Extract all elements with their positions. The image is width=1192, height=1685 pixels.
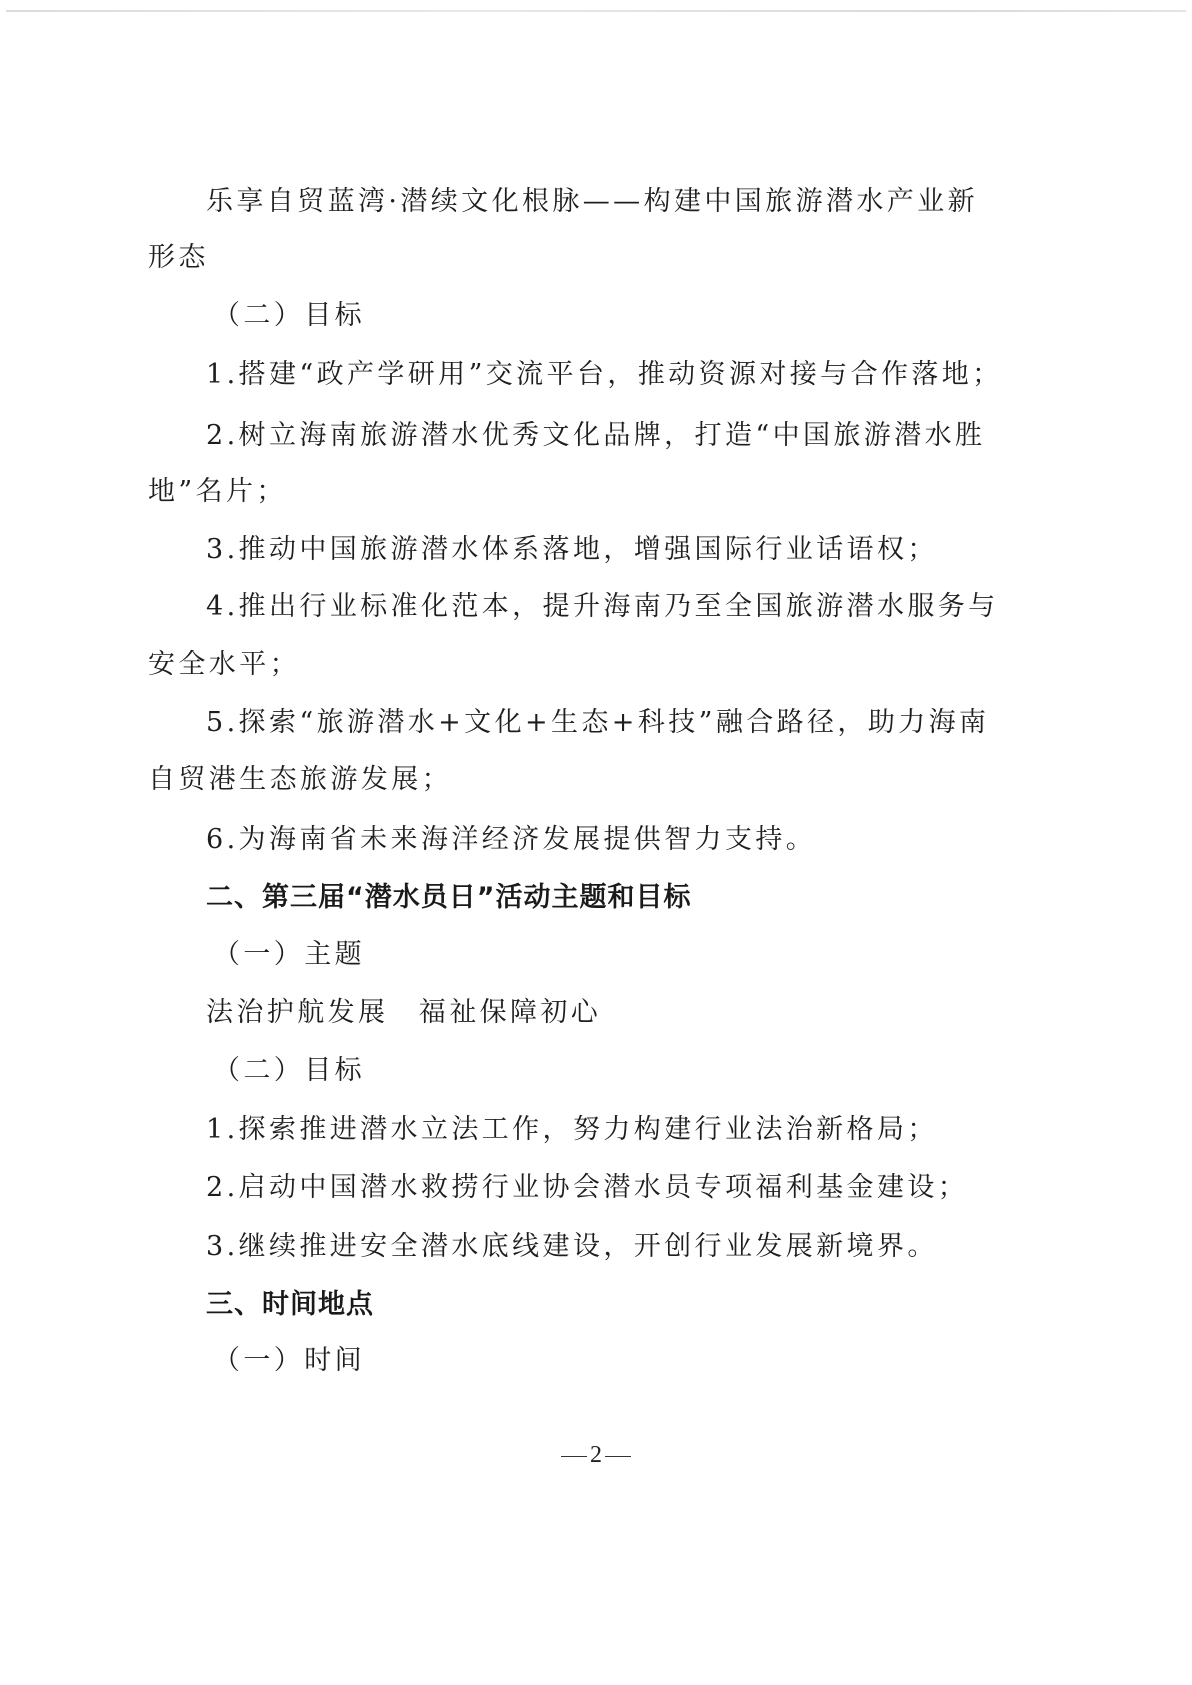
section-2-heading: 二、第三届“潜水员日”活动主题和目标 [206,881,1026,915]
section-2-goal-3: 3.继续推进安全潜水底线建设，开创行业发展新境界。 [206,1230,1026,1264]
goal-item-1: 1.搭建“政产学研用”交流平台，推动资源对接与合作落地； [206,358,1026,392]
goal-item-2: 2.树立海南旅游潜水优秀文化品牌，打造“中国旅游潜水胜 [206,419,1026,453]
time-subheading: （一）时间 [213,1344,1033,1378]
theme-text: 法治护航发展 福祉保障初心 [206,996,1026,1030]
theme-subheading: （一）主题 [213,938,1033,972]
section-2-goal-2: 2.启动中国潜水救捞行业协会潜水员专项福利基金建设； [206,1171,1026,1205]
goal-item-3: 3.推动中国旅游潜水体系落地，增强国际行业话语权； [206,533,1026,567]
dash-left [561,1456,587,1458]
section-3-heading: 三、时间地点 [206,1288,1026,1322]
section-2-goal-1: 1.探索推进潜水立法工作，努力构建行业法治新格局； [206,1113,1026,1147]
page-number-value: 2 [590,1442,602,1468]
goals-subheading: （二）目标 [213,299,1033,333]
page-number: 2 [0,1442,1192,1469]
theme-line-2: 形态 [148,241,968,275]
theme-line-1: 乐享自贸蓝湾·潜续文化根脉——构建中国旅游潜水产业新 [206,185,1026,219]
goal-item-5-cont: 自贸港生态旅游发展； [148,763,968,797]
goal-item-5: 5.探索“旅游潜水+文化+生态+科技”融合路径，助力海南 [206,706,1026,740]
goal-item-2-cont: 地”名片； [148,475,968,509]
dash-right [605,1456,631,1458]
section-2-goals-subheading: （二）目标 [213,1054,1033,1088]
goal-item-4: 4.推出行业标准化范本，提升海南乃至全国旅游潜水服务与 [206,590,1026,624]
document-page: 乐享自贸蓝湾·潜续文化根脉——构建中国旅游潜水产业新 形态 （二）目标 1.搭建… [0,0,1192,1685]
goal-item-4-cont: 安全水平； [148,648,968,682]
goal-item-6: 6.为海南省未来海洋经济发展提供智力支持。 [206,823,1026,857]
